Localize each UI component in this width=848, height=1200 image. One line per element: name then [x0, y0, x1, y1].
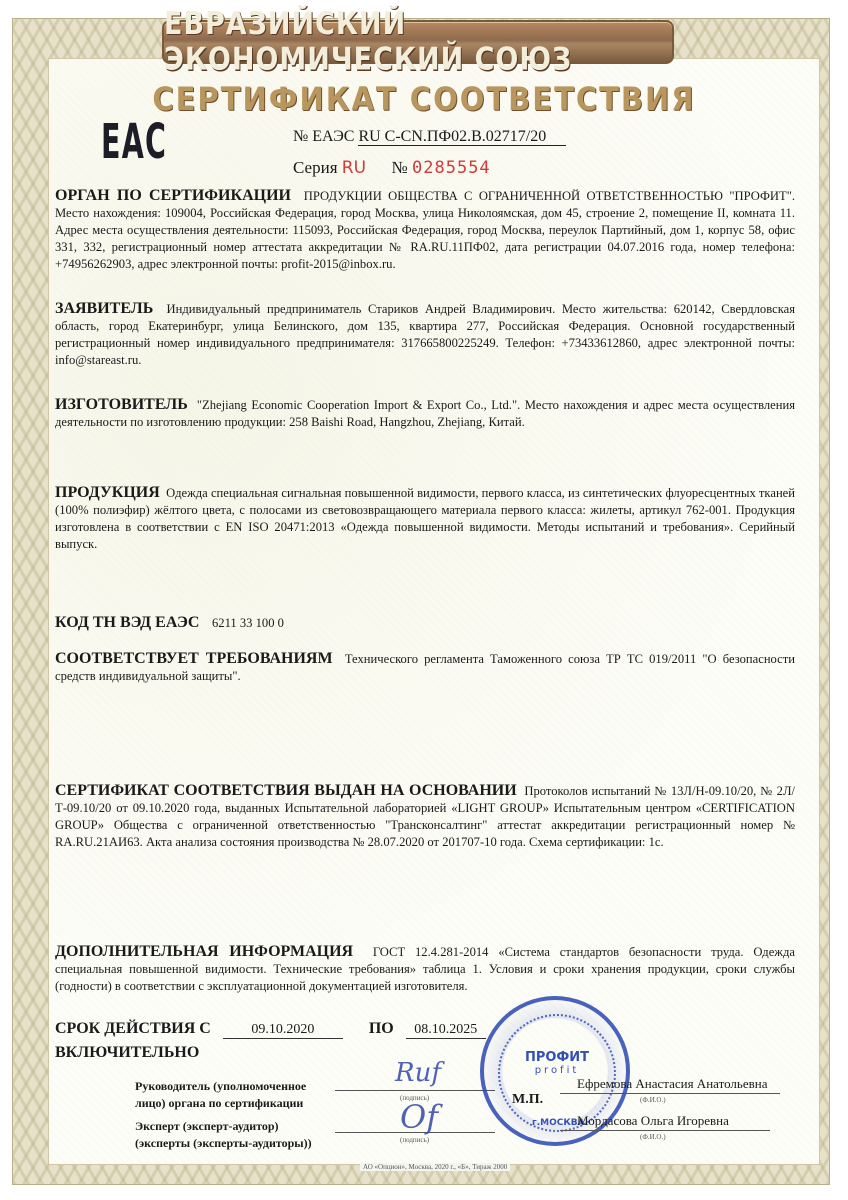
section-hs-code: КОД ТН ВЭД ЕАЭС 6211 33 100 0 [55, 614, 795, 632]
series-number-label: № [392, 158, 408, 177]
section-heading: СООТВЕТСТВУЕТ ТРЕБОВАНИЯМ [55, 650, 333, 667]
printer-imprint: АО «Опцион», Москва, 2020 г., «Б», Тираж… [360, 1163, 510, 1171]
validity-from-date: 09.10.2020 [223, 1022, 343, 1039]
section-certification-body: ОРГАН ПО СЕРТИФИКАЦИИ ПРОДУКЦИИ ОБЩЕСТВА… [55, 187, 795, 273]
section-product: ПРОДУКЦИЯ Одежда специальная сигнальная … [55, 484, 795, 553]
section-heading: КОД ТН ВЭД ЕАЭС [55, 614, 199, 631]
expert-signatory-name: Мордасова Ольга Игоревна [577, 1113, 729, 1129]
validity-to-date: 08.10.2025 [406, 1022, 486, 1039]
head-signatory-name: Ефремова Анастасия Анатольевна [577, 1076, 767, 1092]
section-conforms: СООТВЕТСТВУЕТ ТРЕБОВАНИЯМ Технического р… [55, 650, 795, 685]
head-signatory-label: Руководитель (уполномоченное лицо) орган… [135, 1078, 306, 1112]
section-manufacturer: ИЗГОТОВИТЕЛЬ "Zhejiang Economic Cooperat… [55, 396, 795, 431]
head-signature: Ruf [395, 1058, 441, 1088]
expert-signature-caption: (подпись) [400, 1136, 429, 1144]
certificate-number-label: № ЕАЭС [293, 128, 354, 145]
eac-logo-icon: EAC [101, 113, 167, 170]
expert-name-line [560, 1130, 770, 1131]
validity-to-label: ПО [369, 1020, 394, 1037]
series-label: Серия [293, 158, 338, 177]
head-name-caption: (Ф.И.О.) [640, 1096, 666, 1104]
expert-signature: Of [400, 1098, 438, 1136]
validity-from-label: СРОК ДЕЙСТВИЯ С [55, 1020, 211, 1037]
section-heading: ДОПОЛНИТЕЛЬНАЯ ИНФОРМАЦИЯ [55, 943, 353, 960]
validity-inclusive: ВКЛЮЧИТЕЛЬНО [55, 1044, 199, 1062]
section-heading: СЕРТИФИКАТ СООТВЕТСТВИЯ ВЫДАН НА ОСНОВАН… [55, 782, 517, 799]
section-applicant: ЗАЯВИТЕЛЬ Индивидуальный предприниматель… [55, 300, 795, 369]
section-heading: ЗАЯВИТЕЛЬ [55, 300, 153, 317]
certificate-number: № ЕАЭС RU C-CN.ПФ02.В.02717/20 [293, 128, 566, 146]
seal-mark: М.П. [512, 1092, 543, 1108]
head-signature-line [335, 1090, 495, 1091]
union-title: ЕВРАЗИЙСКИЙ ЭКОНОМИЧЕСКИЙ СОЮЗ [164, 6, 672, 77]
certificate-title: СЕРТИФИКАТ СООТВЕТСТВИЯ [0, 82, 848, 116]
section-heading: ИЗГОТОВИТЕЛЬ [55, 396, 188, 413]
union-banner: ЕВРАЗИЙСКИЙ ЭКОНОМИЧЕСКИЙ СОЮЗ [162, 20, 674, 64]
section-additional-info: ДОПОЛНИТЕЛЬНАЯ ИНФОРМАЦИЯ ГОСТ 12.4.281-… [55, 943, 795, 995]
series-value: RU [342, 158, 366, 178]
section-text: Одежда специальная сигнальная повышенной… [55, 486, 795, 551]
certificate-number-value: RU C-CN.ПФ02.В.02717/20 [358, 128, 566, 146]
series-line: Серия RU № 0285554 [293, 158, 491, 178]
expert-name-caption: (Ф.И.О.) [640, 1133, 666, 1141]
section-text: Индивидуальный предприниматель Стариков … [55, 302, 795, 367]
expert-signatory-label: Эксперт (эксперт-аудитор) (эксперты (экс… [135, 1118, 312, 1152]
validity-period: СРОК ДЕЙСТВИЯ С 09.10.2020 ПО 08.10.2025 [55, 1020, 486, 1039]
section-heading: ОРГАН ПО СЕРТИФИКАЦИИ [55, 187, 291, 204]
head-name-line [560, 1093, 780, 1094]
section-basis: СЕРТИФИКАТ СООТВЕТСТВИЯ ВЫДАН НА ОСНОВАН… [55, 782, 795, 851]
series-number-value: 0285554 [412, 158, 491, 178]
section-text: 6211 33 100 0 [212, 616, 284, 630]
section-heading: ПРОДУКЦИЯ [55, 484, 160, 501]
